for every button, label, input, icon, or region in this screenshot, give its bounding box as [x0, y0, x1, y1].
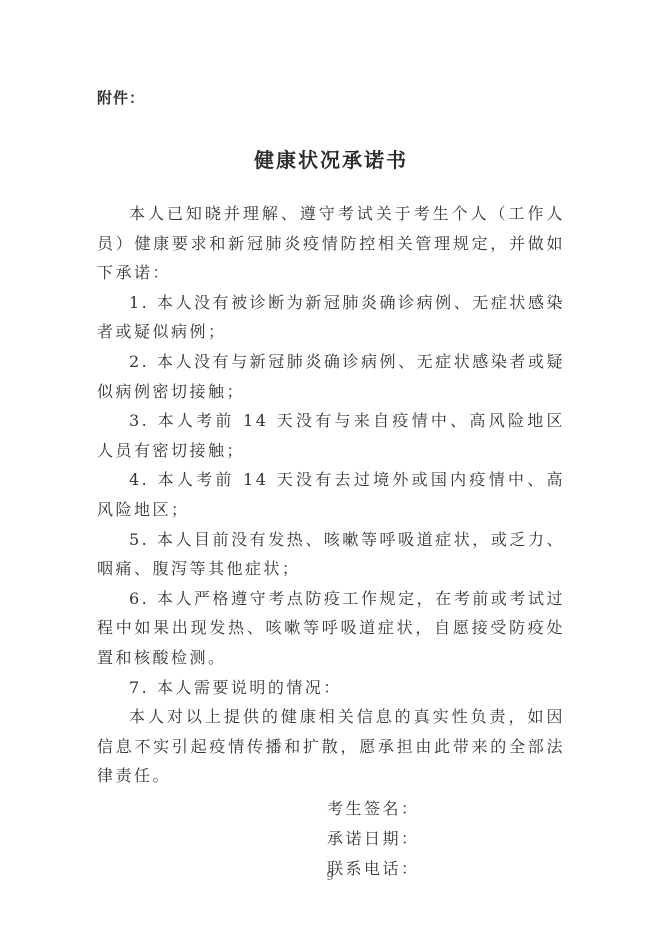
document-body: 本人已知晓并理解、遵守考试关于考生个人（工作人员）健康要求和新冠肺炎疫情防控相关…	[97, 199, 565, 791]
paragraph-closing: 本人对以上提供的健康相关信息的真实性负责，如因信息不实引起疫情传播和扩散，愿承担…	[97, 702, 565, 791]
paragraph-item-4: 4. 本人考前 14 天没有去过境外或国内疫情中、高风险地区；	[97, 465, 565, 524]
paragraph-item-1: 1. 本人没有被诊断为新冠肺炎确诊病例、无症状感染者或疑似病例；	[97, 288, 565, 347]
page-title: 健康状况承诺书	[97, 144, 565, 173]
document-page: 附件： 健康状况承诺书 本人已知晓并理解、遵守考试关于考生个人（工作人员）健康要…	[0, 0, 660, 933]
attachment-label: 附件：	[97, 88, 565, 108]
signature-line-date: 承诺日期：	[327, 824, 565, 854]
paragraph-item-3: 3. 本人考前 14 天没有与来自疫情中、高风险地区人员有密切接触；	[97, 406, 565, 465]
paragraph-item-2: 2. 本人没有与新冠肺炎确诊病例、无症状感染者或疑似病例密切接触；	[97, 347, 565, 406]
paragraph-intro: 本人已知晓并理解、遵守考试关于考生个人（工作人员）健康要求和新冠肺炎疫情防控相关…	[97, 199, 565, 288]
paragraph-item-5: 5. 本人目前没有发热、咳嗽等呼吸道症状，或乏力、咽痛、腹泻等其他症状；	[97, 525, 565, 584]
paragraph-item-7: 7. 本人需要说明的情况：	[97, 673, 565, 703]
paragraph-item-6: 6. 本人严格遵守考点防疫工作规定，在考前或考试过程中如果出现发热、咳嗽等呼吸道…	[97, 584, 565, 673]
signature-line-name: 考生签名：	[327, 794, 565, 824]
page-number: 9	[0, 870, 660, 883]
